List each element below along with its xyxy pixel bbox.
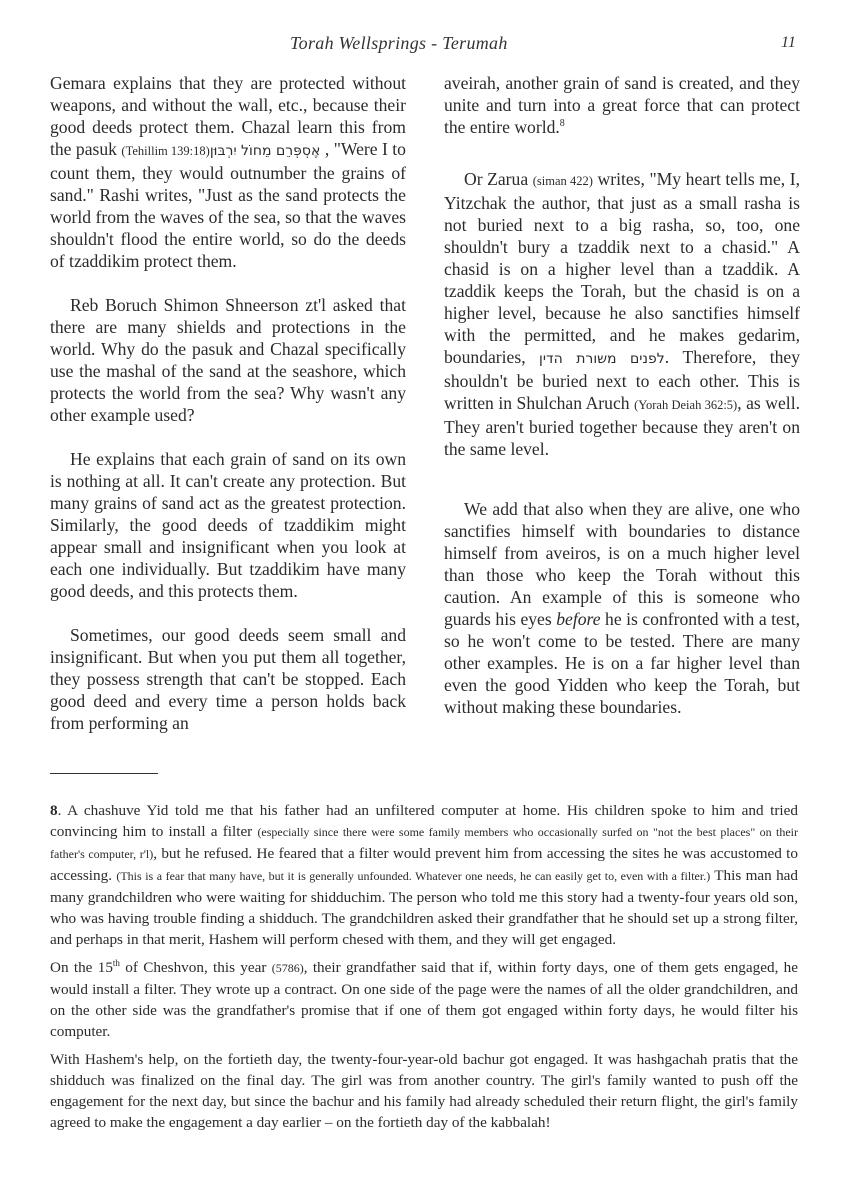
footnote-8-paragraph-1: 8. A chashuve Yid told me that his fathe… xyxy=(50,800,798,950)
footnote-reference[interactable]: 8 xyxy=(560,118,565,129)
document-page: Torah Wellsprings - Terumah 11 Gemara ex… xyxy=(0,0,849,1200)
hebrew-phrase: לפנים משורת הדין xyxy=(539,351,665,367)
italic-emphasis: before xyxy=(556,609,600,629)
paragraph-aveirah: aveirah, another grain of sand is create… xyxy=(444,72,800,138)
footnote-separator xyxy=(50,773,158,774)
text-run: Or Zarua xyxy=(464,169,533,189)
parenthetical-note: (This is a fear that many have, but it i… xyxy=(116,869,710,883)
paragraph-we-add: We add that also when they are alive, on… xyxy=(444,498,800,718)
text-run: writes, "My heart tells me, I, Yitzchak … xyxy=(444,169,800,367)
paragraph-good-deeds: Sometimes, our good deeds seem small and… xyxy=(50,624,406,734)
hebrew-quote: אֶסְפְּרֵם מֵחוֹל יִרְבּוּן xyxy=(210,143,325,159)
citation: (Yorah Deiah 362:5) xyxy=(634,398,737,412)
running-header: Torah Wellsprings - Terumah 11 xyxy=(0,33,849,57)
text-run: of Cheshvon, this year xyxy=(120,959,272,976)
text-run: On the 15 xyxy=(50,959,113,976)
year-note: (5786) xyxy=(272,961,304,975)
ordinal-suffix: th xyxy=(113,958,120,968)
paragraph-or-zarua: Or Zarua (siman 422) writes, "My heart t… xyxy=(444,168,800,460)
running-title: Torah Wellsprings - Terumah xyxy=(290,33,508,54)
text-run: aveirah, another grain of sand is create… xyxy=(444,73,800,137)
paragraph-gemara: Gemara explains that they are protected … xyxy=(50,72,406,272)
citation: (siman 422) xyxy=(533,174,593,188)
footnote-number: 8 xyxy=(50,802,58,819)
footnote-8-paragraph-2: On the 15th of Cheshvon, this year (5786… xyxy=(50,957,798,1042)
footnotes-section: 8. A chashuve Yid told me that his fathe… xyxy=(50,800,798,1140)
paragraph-reb-boruch: Reb Boruch Shimon Shneerson zt'l asked t… xyxy=(50,294,406,426)
paragraph-grain-of-sand: He explains that each grain of sand on i… xyxy=(50,448,406,602)
citation: (Tehillim 139:18) xyxy=(121,144,209,158)
left-column: Gemara explains that they are protected … xyxy=(50,72,406,734)
right-column: aveirah, another grain of sand is create… xyxy=(444,72,800,718)
page-number: 11 xyxy=(781,34,796,52)
footnote-8-paragraph-3: With Hashem's help, on the fortieth day,… xyxy=(50,1049,798,1133)
